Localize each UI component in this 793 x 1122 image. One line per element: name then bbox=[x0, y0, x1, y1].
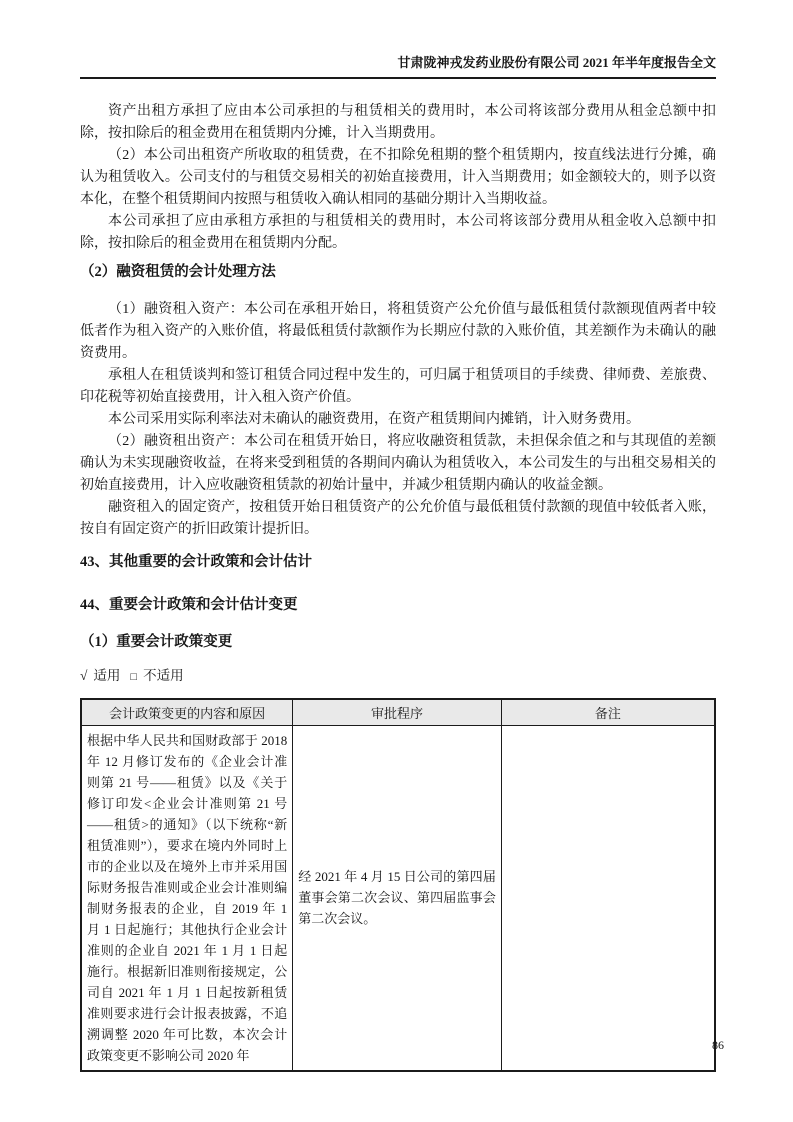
paragraph-initial-direct-costs: 承租人在租赁谈判和签订租赁合同过程中发生的，可归属于租赁项目的手续费、律师费、差… bbox=[80, 365, 716, 409]
paragraph-finance-leased-fixed-assets: 融资租入的固定资产，按租赁开始日租赁资产的公允价值与最低租赁付款额的现值中较低者… bbox=[80, 497, 716, 541]
column-header-content-reason: 会计政策变更的内容和原因 bbox=[81, 699, 293, 725]
report-page: 甘肃陇神戎发药业股份有限公司 2021 年半年度报告全文 资产出租方承担了应由本… bbox=[0, 0, 793, 1122]
paragraph-lessee-borne-expense: 本公司承担了应由承租方承担的与租赁相关的费用时，本公司将该部分费用从租金收入总额… bbox=[80, 211, 716, 255]
column-header-remark: 备注 bbox=[501, 699, 715, 725]
paragraph-finance-lease-in: （1）融资租入资产：本公司在承租开始日，将租赁资产公允价值与最低租赁付款额现值两… bbox=[80, 299, 716, 365]
policy-change-table-body: 根据中华人民共和国财政部于 2018 年 12 月修订发布的《企业会计准则第 2… bbox=[81, 725, 715, 1071]
table-header-row: 会计政策变更的内容和原因 审批程序 备注 bbox=[81, 699, 715, 725]
paragraph-operating-lease-out: （2）本公司出租资产所收取的租赁费，在不扣除免租期的整个租赁期内，按直线法进行分… bbox=[80, 145, 716, 211]
policy-change-table-head: 会计政策变更的内容和原因 审批程序 备注 bbox=[81, 699, 715, 725]
column-header-approval-procedure: 审批程序 bbox=[293, 699, 502, 725]
check-mark-icon: √ bbox=[80, 665, 87, 687]
paragraph-lessor-borne-expense: 资产出租方承担了应由本公司承担的与租赁相关的费用时，本公司将该部分费用从租金总额… bbox=[80, 101, 716, 145]
report-title: 甘肃陇神戎发药业股份有限公司 2021 年半年度报告全文 bbox=[397, 55, 716, 70]
cell-content-and-reason: 根据中华人民共和国财政部于 2018 年 12 月修订发布的《企业会计准则第 2… bbox=[81, 725, 293, 1071]
page-number: 86 bbox=[712, 1038, 724, 1053]
applicability-line: √适用□不适用 bbox=[80, 665, 716, 688]
paragraph-finance-lease-out: （2）融资租出资产：本公司在租赁开始日，将应收融资租赁款，未担保余值之和与其现值… bbox=[80, 431, 716, 497]
policy-change-table: 会计政策变更的内容和原因 审批程序 备注 根据中华人民共和国财政部于 2018 … bbox=[80, 698, 716, 1072]
not-applicable-label: 不适用 bbox=[143, 668, 184, 683]
heading-policy-estimate-changes: 44、重要会计政策和会计估计变更 bbox=[80, 594, 716, 616]
page-content: 甘肃陇神戎发药业股份有限公司 2021 年半年度报告全文 资产出租方承担了应由本… bbox=[0, 0, 793, 1072]
body-text: 资产出租方承担了应由本公司承担的与租赁相关的费用时，本公司将该部分费用从租金总额… bbox=[80, 79, 716, 1072]
heading-other-important-policies: 43、其他重要的会计政策和会计估计 bbox=[80, 551, 716, 573]
cell-approval-procedure: 经 2021 年 4 月 15 日公司的第四届董事会第二次会议、第四届监事会第二… bbox=[293, 725, 502, 1071]
heading-important-policy-change: （1）重要会计政策变更 bbox=[80, 631, 716, 653]
heading-financing-lease-method: （2）融资租赁的会计处理方法 bbox=[80, 261, 716, 283]
applicable-label: 适用 bbox=[93, 668, 120, 683]
table-row: 根据中华人民共和国财政部于 2018 年 12 月修订发布的《企业会计准则第 2… bbox=[81, 725, 715, 1071]
paragraph-effective-interest: 本公司采用实际利率法对未确认的融资费用，在资产租赁期间内摊销，计入财务费用。 bbox=[80, 409, 716, 431]
empty-checkbox-icon: □ bbox=[130, 666, 137, 688]
page-header: 甘肃陇神戎发药业股份有限公司 2021 年半年度报告全文 bbox=[80, 0, 716, 79]
cell-remark bbox=[501, 725, 715, 1071]
